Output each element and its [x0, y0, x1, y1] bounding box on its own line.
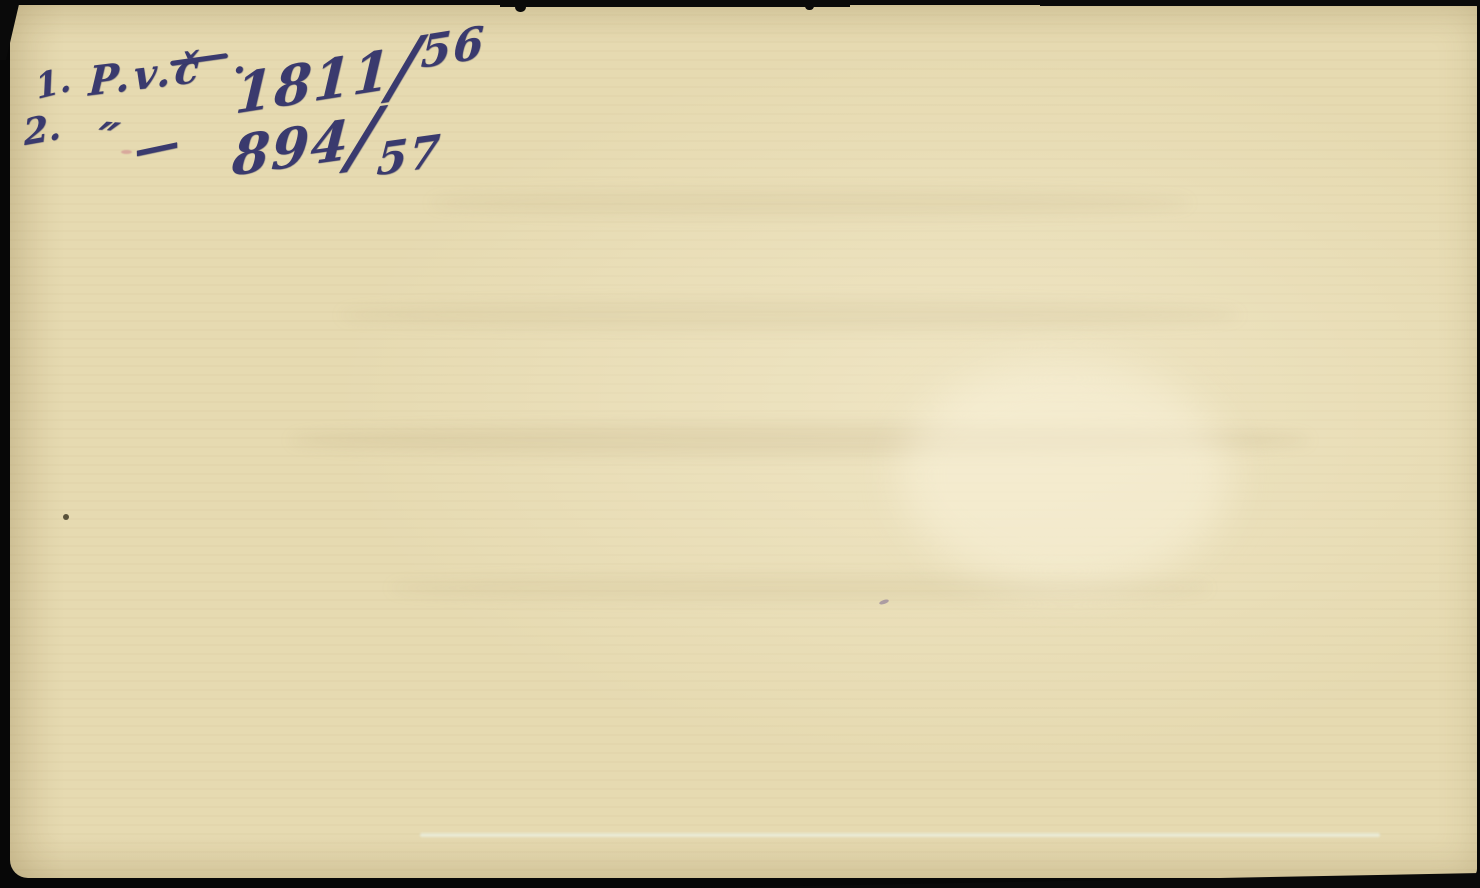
entry-2-year: 57	[375, 125, 443, 186]
scan-edge-top	[1040, 0, 1480, 6]
entry-2-number-main: 894	[230, 107, 352, 189]
entry-2-index: 2.	[22, 105, 62, 154]
entry-1-index: 1.	[33, 59, 73, 107]
scan-edge-notch	[805, 0, 814, 10]
entry-1-year: 56	[420, 17, 487, 79]
paper-light-patch	[900, 360, 1230, 590]
paper-streak	[430, 190, 1190, 216]
scan-edge-notch	[515, 0, 526, 12]
paper-streak	[340, 300, 1240, 330]
scan-background: 1. P.v.č · 1811/56 2. ″ — 894/57	[0, 0, 1480, 888]
ink-speck	[63, 514, 69, 520]
ink-smudge	[121, 150, 132, 154]
paper-pale-line	[420, 833, 1380, 837]
scan-edge-top	[500, 0, 850, 7]
